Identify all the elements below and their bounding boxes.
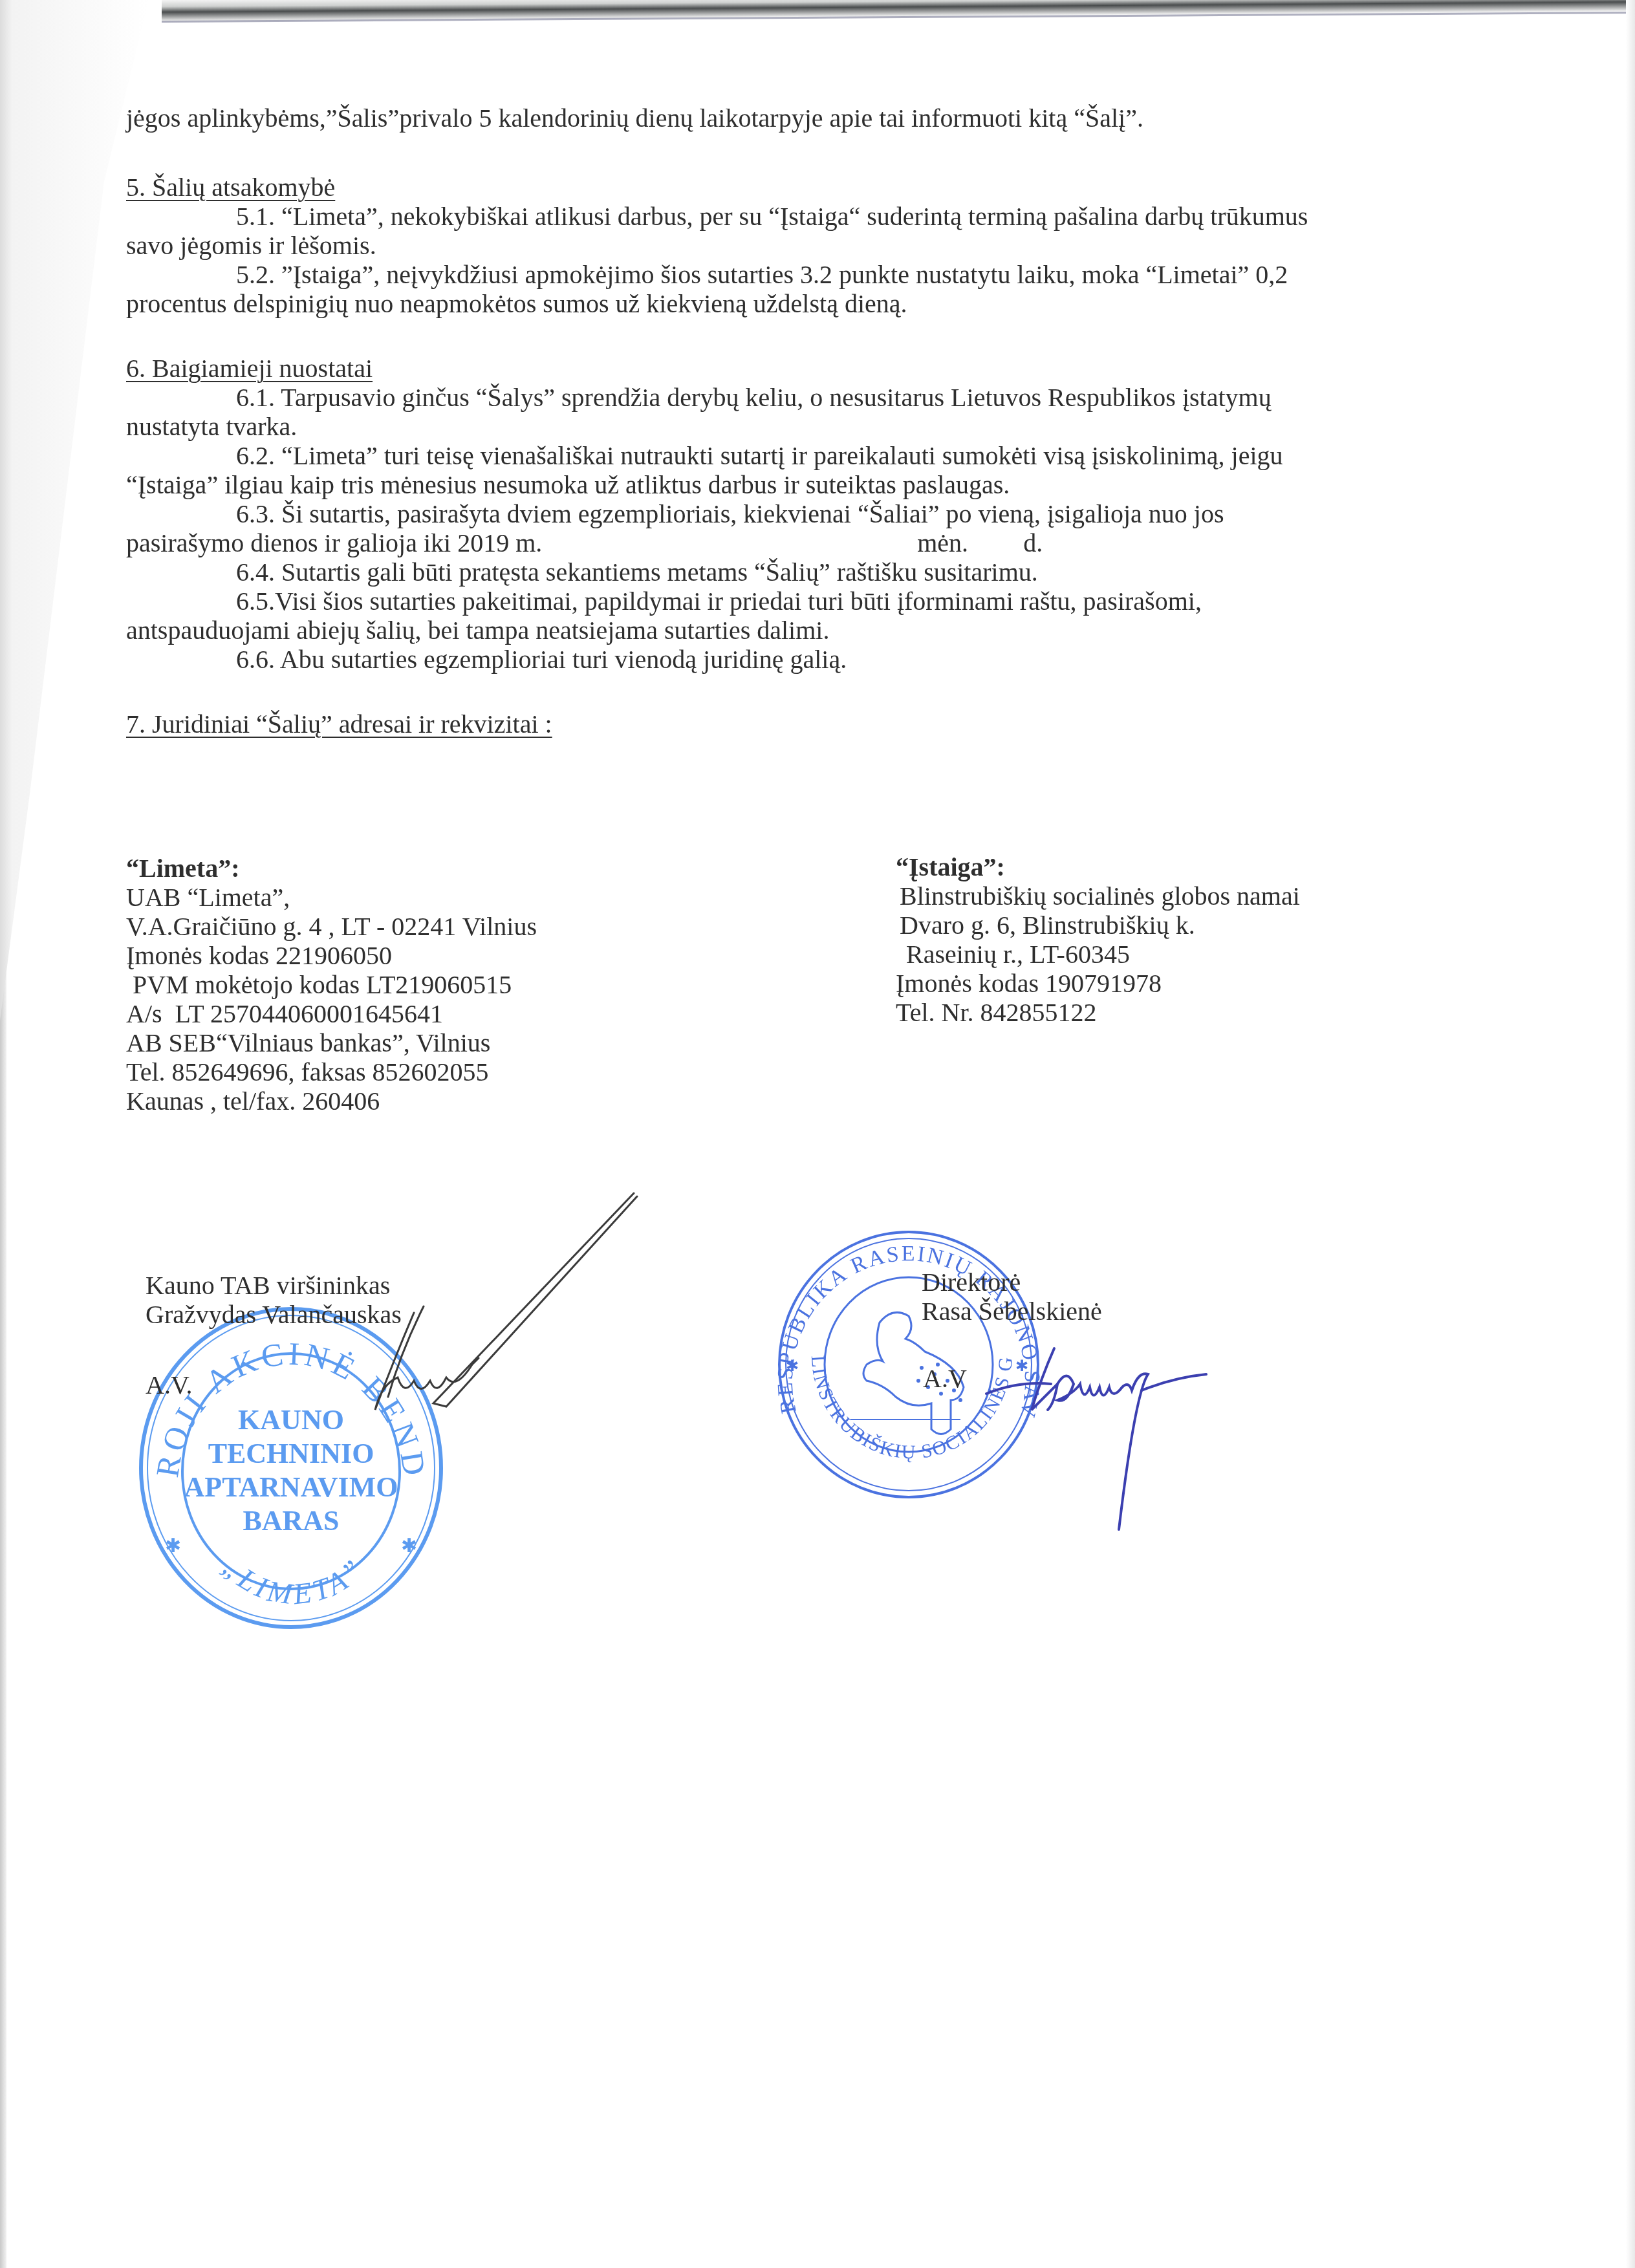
limeta-line: V.A.Graičiūno g. 4 , LT - 02241 Vilnius <box>126 912 537 941</box>
svg-text:✱: ✱ <box>165 1535 181 1557</box>
istaiga-signer: Direktorė Rasa Šebelskienė <box>922 1268 1102 1326</box>
clause-6-5-cont: antspauduojami abiejų šalių, bei tampa n… <box>126 616 1478 645</box>
limeta-seal-label: A.V. <box>146 1370 193 1400</box>
limeta-line: Įmonės kodas 221906050 <box>126 941 537 970</box>
section-6-heading: 6. Baigiamieji nuostatai <box>126 354 1478 383</box>
clause-6-2: 6.2. “Limeta” turi teisę vienašališkai n… <box>126 441 1478 470</box>
limeta-line: PVM mokėtojo kodas LT219060515 <box>126 970 537 999</box>
istaiga-line: Tel. Nr. 842855122 <box>896 998 1300 1027</box>
limeta-line: UAB “Limeta”, <box>126 883 537 912</box>
istaiga-title: “Įstaiga”: <box>896 852 1300 881</box>
clause-6-2-cont: “Įstaiga” ilgiau kaip tris mėnesius nesu… <box>126 470 1478 499</box>
istaiga-line: Raseinių r., LT-60345 <box>896 940 1300 969</box>
istaiga-signer-name: Rasa Šebelskienė <box>922 1297 1102 1326</box>
scan-top-shadow <box>162 0 1635 22</box>
svg-text:„LIMETA”: „LIMETA” <box>217 1551 373 1611</box>
clause-6-3: 6.3. Ši sutartis, pasirašyta dviem egzem… <box>126 499 1478 528</box>
istaiga-handwritten-signature <box>980 1345 1277 1565</box>
istaiga-seal-label: A.V <box>923 1363 967 1394</box>
validity-year: pasirašymo dienos ir galioja iki 2019 m. <box>126 528 542 557</box>
limeta-line: A/s LT 257044060001645641 <box>126 999 537 1028</box>
limeta-requisites: “Limeta”: UAB “Limeta”, V.A.Graičiūno g.… <box>126 854 537 1116</box>
istaiga-signer-position: Direktorė <box>922 1268 1102 1297</box>
section-5-heading: 5. Šalių atsakomybė <box>126 173 1478 202</box>
clause-5-2: 5.2. ”Įstaiga”, neįvykdžiusi apmokėjimo … <box>126 260 1478 289</box>
clause-5-1-cont: savo jėgomis ir lėšomis. <box>126 231 1478 260</box>
section-7-heading: 7. Juridiniai “Šalių” adresai ir rekvizi… <box>126 709 1478 739</box>
svg-text:APTARNAVIMO: APTARNAVIMO <box>184 1471 398 1503</box>
clause-6-6: 6.6. Abu sutarties egzemplioriai turi vi… <box>126 645 1478 674</box>
clause-6-1-cont: nustatyta tvarka. <box>126 412 1478 441</box>
istaiga-line: Įmonės kodas 190791978 <box>896 969 1300 998</box>
limeta-handwritten-signature <box>285 1183 660 1455</box>
clause-6-3-cont: pasirašymo dienos ir galioja iki 2019 m.… <box>126 528 1478 557</box>
istaiga-line: Blinstrubiškių socialinės globos namai <box>896 881 1300 911</box>
clause-6-1: 6.1. Tarpusavio ginčus “Šalys” sprendžia… <box>126 383 1478 412</box>
clause-6-4: 6.4. Sutartis gali būti pratęsta sekanti… <box>126 557 1478 587</box>
svg-text:✱: ✱ <box>786 1358 799 1375</box>
istaiga-requisites: “Įstaiga”: Blinstrubiškių socialinės glo… <box>896 852 1300 1027</box>
contract-body: jėgos aplinkybėms,”Šalis”privalo 5 kalen… <box>126 103 1478 739</box>
clause-5-1: 5.1. “Limeta”, nekokybiškai atlikusi dar… <box>126 202 1478 231</box>
limeta-title: “Limeta”: <box>126 854 537 883</box>
validity-day: d. <box>1023 528 1043 557</box>
clause-6-5: 6.5.Visi šios sutarties pakeitimai, papi… <box>126 587 1478 616</box>
istaiga-line: Dvaro g. 6, Blinstrubiškių k. <box>896 911 1300 940</box>
intro-line: jėgos aplinkybėms,”Šalis”privalo 5 kalen… <box>126 103 1478 133</box>
svg-text:✱: ✱ <box>401 1535 417 1557</box>
limeta-line: Kaunas , tel/fax. 260406 <box>126 1086 537 1116</box>
validity-month: mėn. <box>917 528 968 557</box>
scan-right-edge <box>1626 0 1635 2268</box>
limeta-line: AB SEB“Vilniaus bankas”, Vilnius <box>126 1028 537 1057</box>
limeta-line: Tel. 852649696, faksas 852602055 <box>126 1057 537 1086</box>
svg-text:BARAS: BARAS <box>243 1505 339 1537</box>
clause-5-2-cont: procentus delspinigių nuo neapmokėtos su… <box>126 289 1478 318</box>
